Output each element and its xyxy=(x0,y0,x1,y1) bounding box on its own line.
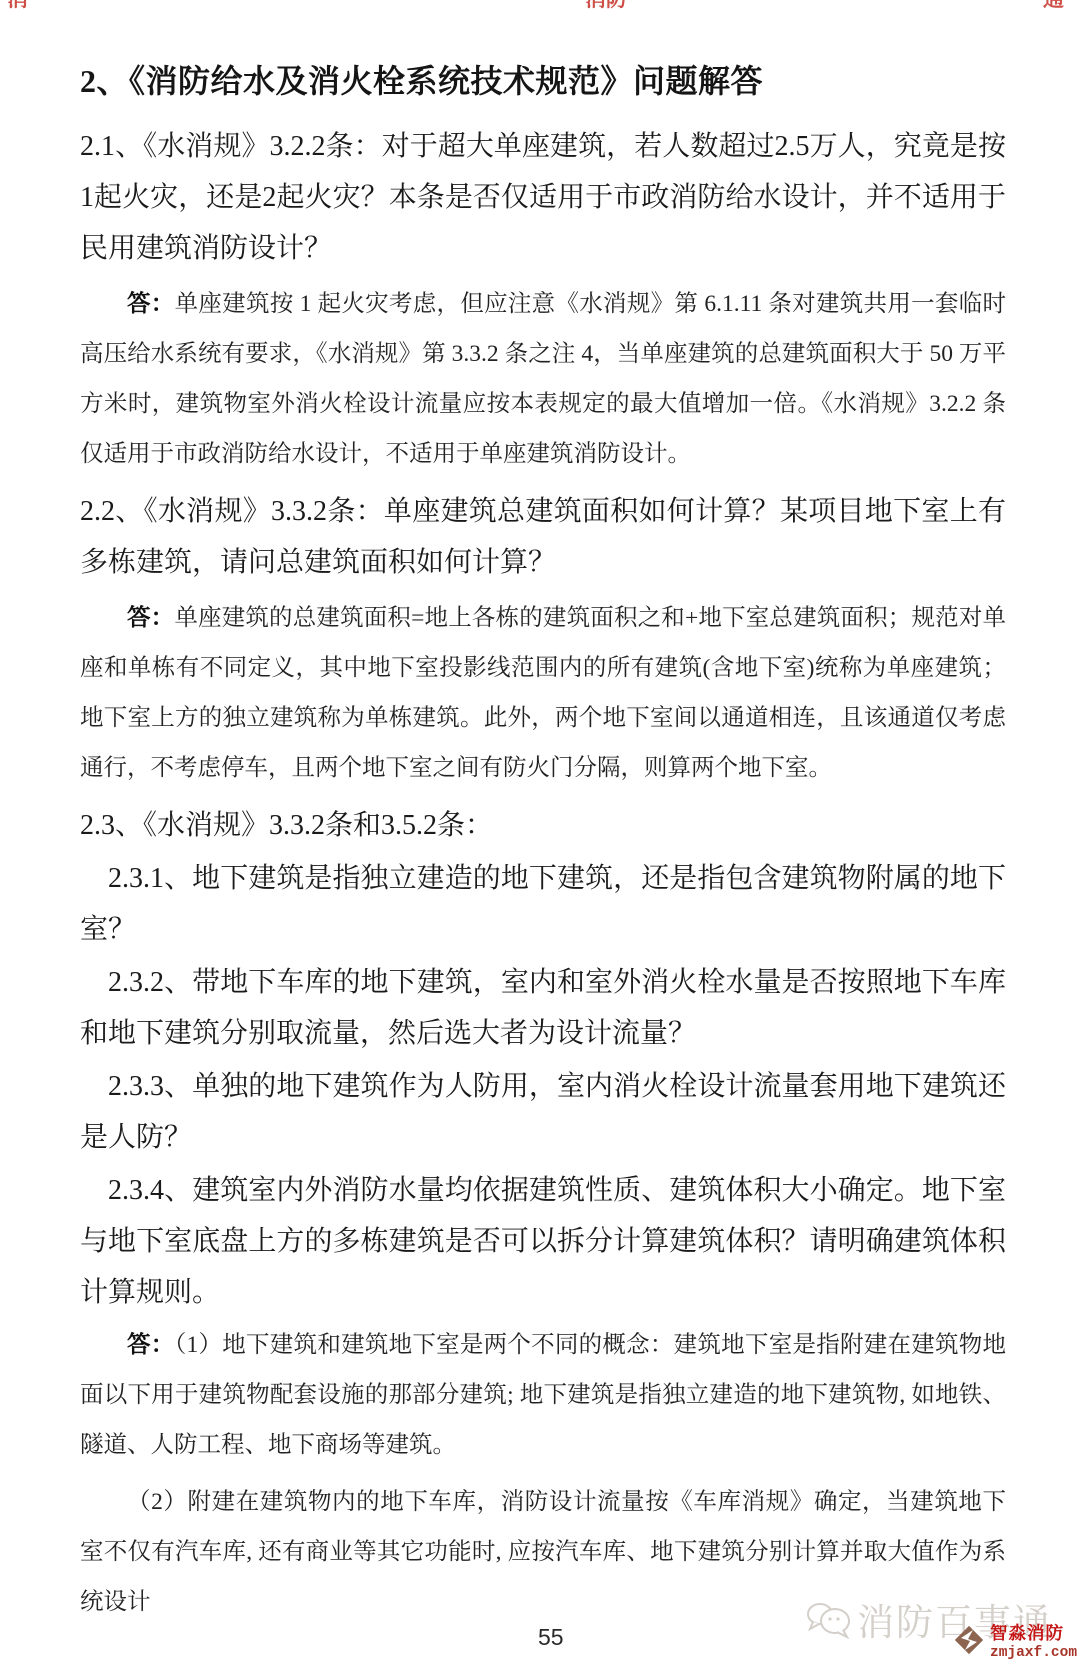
answer-label: 答： xyxy=(127,605,174,631)
red-stamp-text: 消 xyxy=(7,0,28,10)
red-stamp-fragment-center: 消防 xyxy=(585,0,627,12)
answer-2-2: 答：单座建筑的总建筑面积=地上各栋的建筑面积之和+地下室总建筑面积；规范对单座和… xyxy=(80,593,1006,793)
brand-site: zmjaxf.com xyxy=(990,1646,1077,1661)
question-2-3-2: 2.3.2、带地下车库的地下建筑，室内和室外消火栓水量是否按照地下车库和地下建筑… xyxy=(80,957,1006,1059)
page-number: 55 xyxy=(538,1624,564,1651)
question-2-3-4: 2.3.4、建筑室内外消防水量均依据建筑性质、建筑体积大小确定。地下室与地下室底… xyxy=(80,1165,1006,1318)
answer-2-1: 答：单座建筑按 1 起火灾考虑，但应注意《水消规》第 6.1.11 条对建筑共用… xyxy=(80,279,1006,479)
brand-name: 智淼消防 xyxy=(990,1625,1077,1643)
zhimiao-brand-block: 智淼消防 zmjaxf.com xyxy=(951,1622,1077,1663)
answer-label: 答： xyxy=(127,291,175,317)
answer-2-3-part1: 答：（1）地下建筑和建筑地下室是两个不同的概念：建筑地下室是指附建在建筑物地面以… xyxy=(80,1320,1006,1470)
answer-2-1-text: 单座建筑按 1 起火灾考虑，但应注意《水消规》第 6.1.11 条对建筑共用一套… xyxy=(80,291,1006,467)
question-2-1: 2.1、《水消规》3.2.2条：对于超大单座建筑，若人数超过2.5万人，究竟是按… xyxy=(80,121,1006,274)
section-title: 2、《消防给水及消火栓系统技术规范》问题解答 xyxy=(80,57,1006,105)
question-2-3-1: 2.3.1、地下建筑是指独立建造的地下建筑，还是指包含建筑物附属的地下室？ xyxy=(80,853,1006,955)
zhimiao-diamond-logo-icon xyxy=(951,1622,987,1663)
red-stamp-text: 消防 xyxy=(585,0,627,10)
answer-2-3-part1-text: （1）地下建筑和建筑地下室是两个不同的概念：建筑地下室是指附建在建筑物地面以下用… xyxy=(80,1332,1006,1458)
red-stamp-fragment-right: 通 xyxy=(1043,0,1064,12)
question-2-2: 2.2、《水消规》3.3.2条：单座建筑总建筑面积如何计算？某项目地下室上有多栋… xyxy=(80,486,1006,588)
question-2-3-3: 2.3.3、单独的地下建筑作为人防用，室内消火栓设计流量套用地下建筑还是人防？ xyxy=(80,1061,1006,1163)
answer-label: 答： xyxy=(127,1332,175,1358)
document-page: 消 消防 通 2、《消防给水及消火栓系统技术规范》问题解答 2.1、《水消规》3… xyxy=(0,0,1080,1663)
document-body: 2、《消防给水及消火栓系统技术规范》问题解答 2.1、《水消规》3.2.2条：对… xyxy=(80,57,1006,1627)
red-stamp-fragment-left: 消 xyxy=(7,0,28,12)
red-stamp-text: 通 xyxy=(1043,0,1064,10)
answer-2-2-text: 单座建筑的总建筑面积=地上各栋的建筑面积之和+地下室总建筑面积；规范对单座和单栋… xyxy=(80,605,1006,781)
chat-bubbles-icon xyxy=(805,1599,853,1639)
question-2-3-heading: 2.3、《水消规》3.3.2条和3.5.2条： xyxy=(80,800,1006,851)
